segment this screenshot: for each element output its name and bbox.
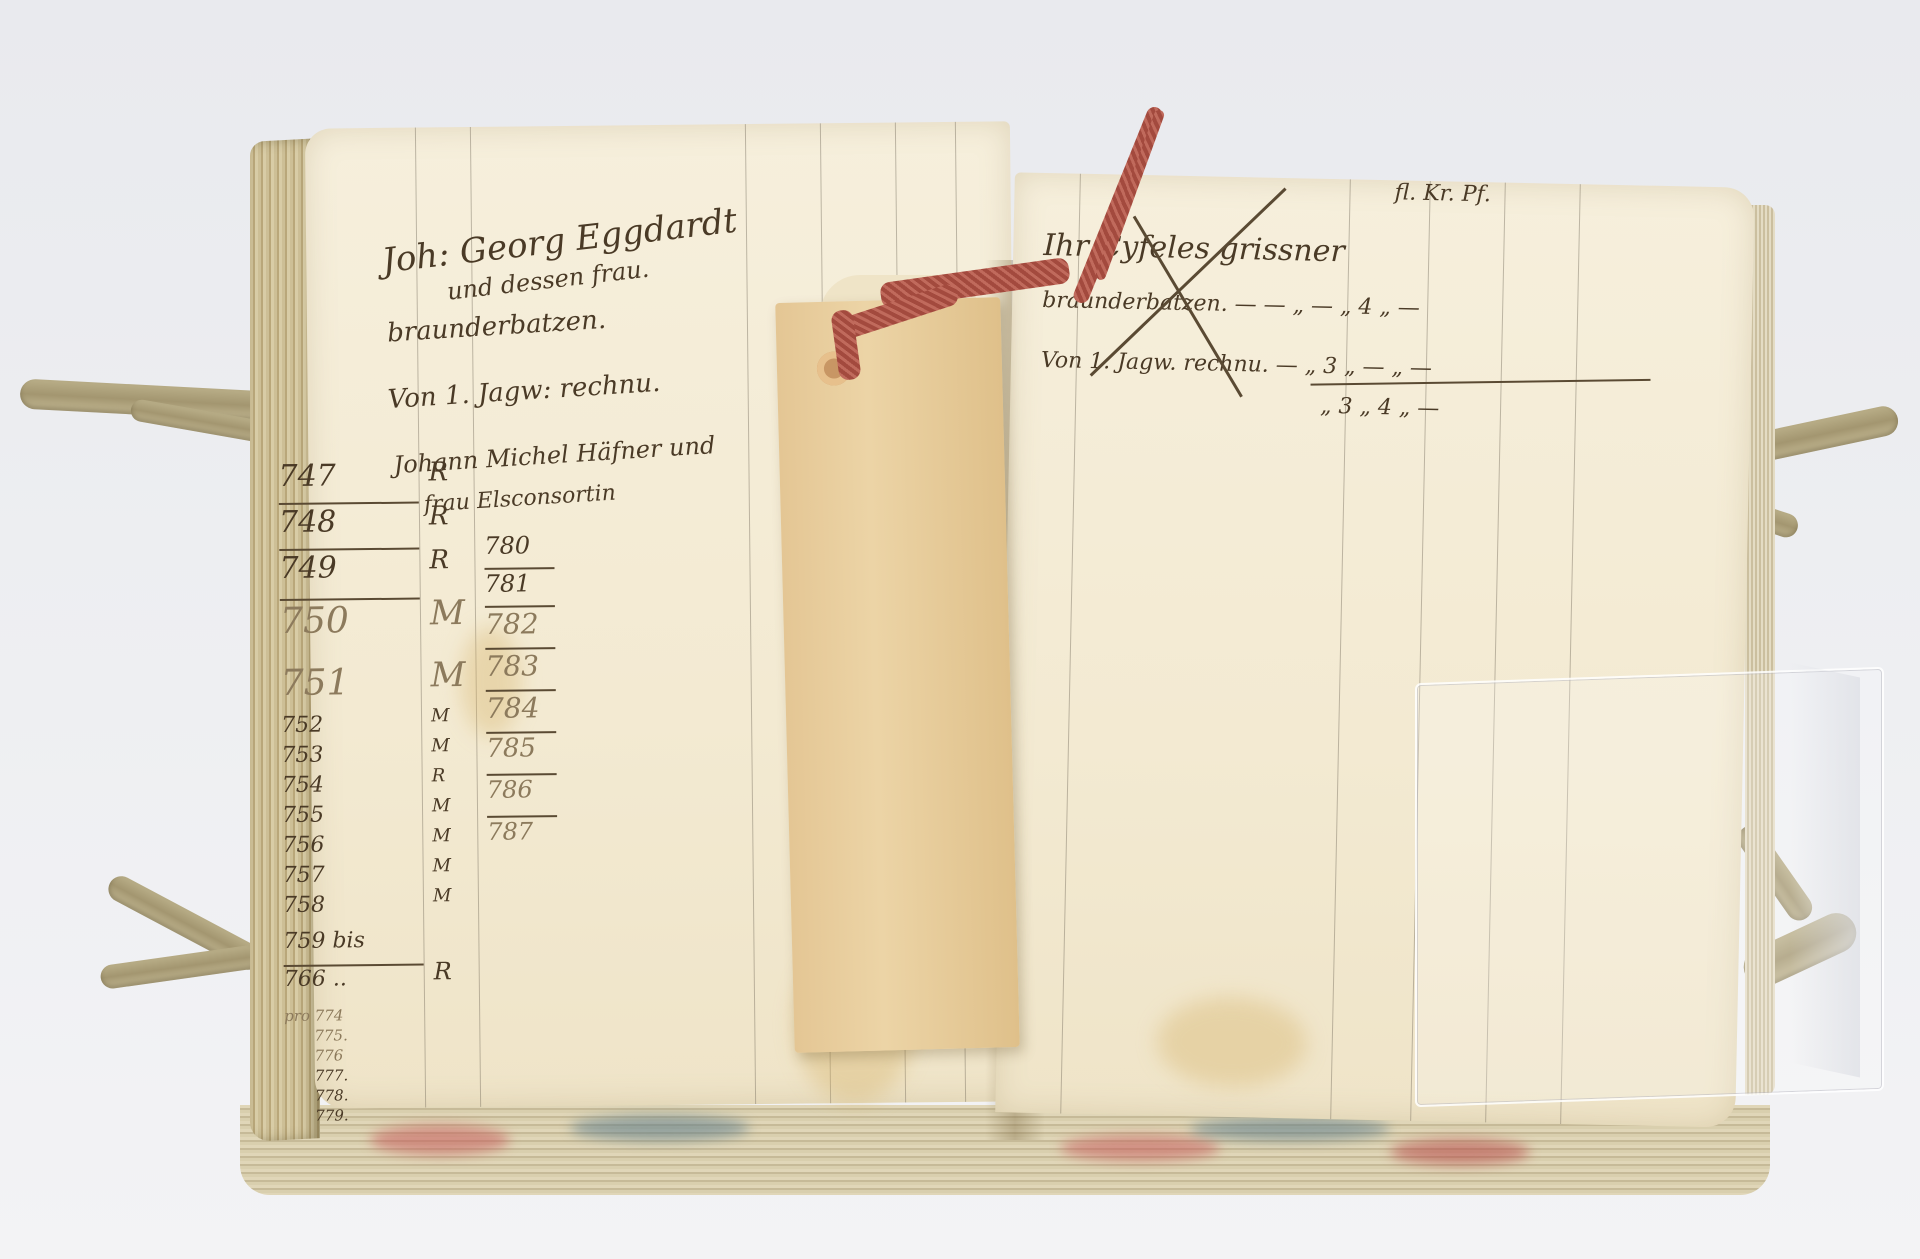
margin-number: 751: [280, 662, 421, 713]
footer-number: 777.: [285, 1066, 425, 1087]
margin-number: 748: [279, 504, 419, 551]
heading-line: Von 1. Jagw: rechnu.: [387, 368, 661, 415]
heading-line: braunderbatzen.: [386, 305, 607, 349]
margin-mark: M: [433, 855, 483, 886]
entry-line: braunderbatzen. — — „ — „ 4 „ —: [1042, 288, 1420, 321]
margin-number-column: 747 748 749 750 751 752 753 754 755 756 …: [278, 458, 425, 1127]
margin-mark: R: [429, 545, 479, 594]
margin-number: 750: [280, 600, 421, 663]
column-header: fl. Kr. Pf.: [1394, 180, 1491, 207]
ledger-number: 784: [486, 691, 556, 734]
second-number-column: 780 781 782 783 784 785 786 787: [484, 531, 607, 858]
ledger-number: 783: [485, 649, 555, 692]
ledger-number: 786: [487, 775, 557, 818]
margin-number: 749: [279, 550, 420, 601]
margin-number: 754: [282, 772, 422, 803]
entry-line: „ 3 „ 4 „ —: [1320, 394, 1440, 421]
ledger-number: 785: [486, 733, 556, 776]
margin-mark-column: R R R M M M M R M M M M R: [428, 457, 484, 997]
margin-number: 753: [281, 742, 421, 773]
footer-number: 779.: [285, 1106, 425, 1127]
margin-mark: M: [432, 795, 482, 826]
margin-number: 756: [282, 832, 422, 863]
footer-number: 778.: [285, 1086, 425, 1107]
bookmark-tag[interactable]: [775, 297, 1020, 1053]
margin-mark: M: [431, 705, 481, 736]
ledger-number: 787: [487, 817, 557, 858]
footer-number: pro 774: [284, 1006, 424, 1027]
margin-number: 758: [283, 892, 423, 929]
margin-mark: M: [431, 735, 481, 766]
margin-mark: R: [429, 501, 479, 546]
margin-mark: M: [430, 593, 481, 656]
footer-number: 775.: [284, 1026, 424, 1047]
margin-number: 752: [281, 712, 421, 743]
ledger-number: 780: [484, 531, 554, 570]
acrylic-holder-edge: [1790, 663, 1860, 1078]
binding-tie-left-bottom-2: [99, 944, 261, 990]
margin-number: 766 ..: [284, 966, 424, 1007]
margin-number: 755: [282, 802, 422, 833]
ledger-number: 782: [485, 607, 555, 650]
margin-number: 759 bis: [283, 928, 423, 967]
ledger-number: 781: [485, 569, 555, 608]
margin-mark: R: [428, 457, 478, 502]
strike-line: [1311, 379, 1651, 386]
margin-mark: M: [433, 885, 483, 922]
margin-mark: M: [430, 655, 481, 706]
margin-mark: M: [432, 825, 482, 856]
margin-number: 747: [278, 458, 418, 505]
footer-number: 776: [285, 1046, 425, 1067]
margin-mark: [433, 921, 483, 958]
margin-number: 757: [283, 862, 423, 893]
margin-mark: R: [432, 765, 482, 796]
margin-mark: R: [434, 957, 484, 998]
